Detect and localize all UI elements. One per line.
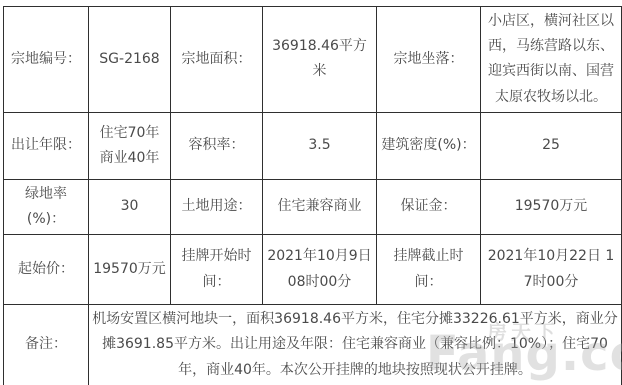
- table-row: 起始价： 19570万元 挂牌开始时间： 2021年10月9日 08时00分 挂…: [4, 235, 622, 305]
- plot-ratio-value: 3.5: [263, 112, 377, 179]
- land-parcel-table: 宗地编号： SG-2168 宗地面积： 36918.46平方米 宗地坐落： 小店…: [3, 6, 622, 385]
- listing-start-time-value: 2021年10月9日 08时00分: [263, 235, 377, 305]
- listing-end-time-label: 挂牌截止时间：: [377, 235, 481, 305]
- green-rate-value: 30: [89, 179, 171, 234]
- table-row: 备注： 机场安置区横河地块一，面积36918.46平方米，住宅分摊33226.6…: [4, 305, 622, 385]
- land-use-value: 住宅兼容商业: [263, 179, 377, 234]
- deposit-value: 19570万元: [481, 179, 622, 234]
- plot-ratio-label: 容积率：: [171, 112, 263, 179]
- parcel-location-label: 宗地坐落：: [377, 7, 481, 113]
- listing-start-time-label: 挂牌开始时间：: [171, 235, 263, 305]
- starting-price-label: 起始价：: [4, 235, 89, 305]
- transfer-term-label: 出让年限：: [4, 112, 89, 179]
- parcel-location-value: 小店区，横河社区以西，马练营路以东、迎宾西街以南、国营太原农牧场以北。: [481, 7, 622, 113]
- remarks-label: 备注：: [4, 305, 89, 385]
- starting-price-value: 19570万元: [89, 235, 171, 305]
- green-rate-label: 绿地率(%)：: [4, 179, 89, 234]
- table-row: 绿地率(%)： 30 土地用途： 住宅兼容商业 保证金： 19570万元: [4, 179, 622, 234]
- transfer-term-value: 住宅70年 商业40年: [89, 112, 171, 179]
- building-density-value: 25: [481, 112, 622, 179]
- parcel-id-label: 宗地编号：: [4, 7, 89, 113]
- parcel-id-value: SG-2168: [89, 7, 171, 113]
- table-row: 宗地编号： SG-2168 宗地面积： 36918.46平方米 宗地坐落： 小店…: [4, 7, 622, 113]
- parcel-area-value: 36918.46平方米: [263, 7, 377, 113]
- deposit-label: 保证金：: [377, 179, 481, 234]
- parcel-area-label: 宗地面积：: [171, 7, 263, 113]
- building-density-label: 建筑密度(%)：: [377, 112, 481, 179]
- remarks-value: 机场安置区横河地块一，面积36918.46平方米，住宅分摊33226.61平方米…: [89, 305, 622, 385]
- land-use-label: 土地用途：: [171, 179, 263, 234]
- listing-end-time-value: 2021年10月22日 17时00分: [481, 235, 622, 305]
- table-row: 出让年限： 住宅70年 商业40年 容积率： 3.5 建筑密度(%)： 25: [4, 112, 622, 179]
